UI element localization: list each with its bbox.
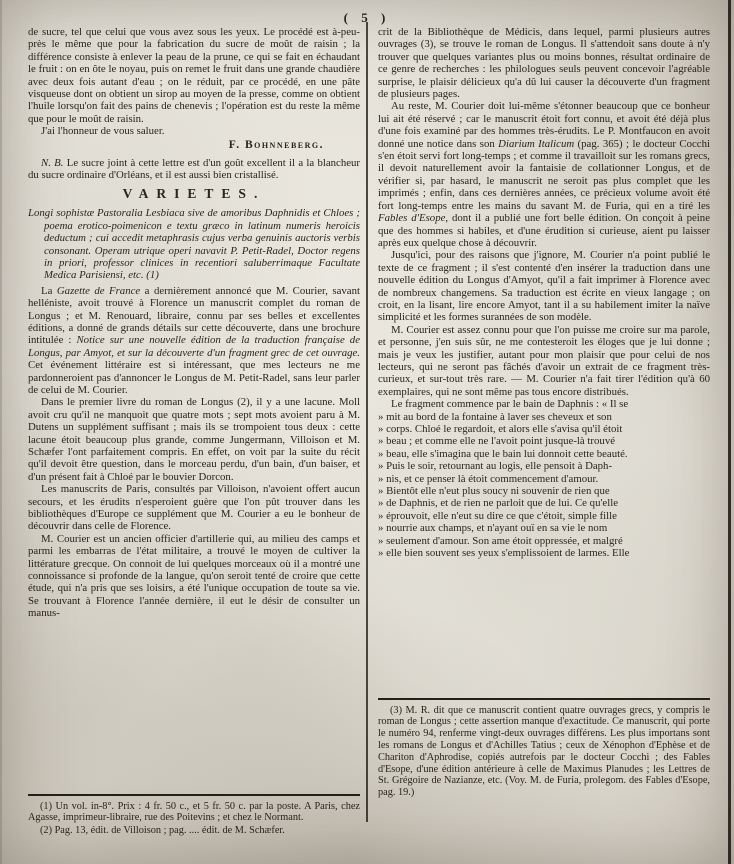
quote-line: » éprouvoit, elle n'eut su dire ce que c… <box>378 510 710 522</box>
footnote-1: (1) Un vol. in-8°. Prix : 4 fr. 50 c., e… <box>28 801 360 825</box>
quote-line: » nourrie aux champs, et n'ayant ouï en … <box>378 522 710 534</box>
quote-bain-de-daphnis: Le fragment commence par le bain de Daph… <box>378 398 710 559</box>
quote-line: » Bientôt elle n'eut plus soucy ni souve… <box>378 485 710 497</box>
paragraph-nota-bene: N. B. Le sucre joint à cette lettre est … <box>28 157 360 182</box>
paragraph-salutation: J'ai l'honneur de vous saluer. <box>28 125 360 137</box>
quote-line: » beau ; et comme elle ne l'avoit point … <box>378 435 710 447</box>
column-right: crit de la Bibliothèque de Médicis, dans… <box>378 26 710 800</box>
footnotes-left: (1) Un vol. in-8°. Prix : 4 fr. 50 c., e… <box>28 786 360 838</box>
column-left: de sucre, tel que celui que vous avez so… <box>28 26 360 838</box>
paragraph-sugar-process: de sucre, tel que celui que vous avez so… <box>28 26 360 125</box>
column-divider-rule <box>366 22 368 822</box>
paragraph-manuscrits-paris: Les manuscrits de Paris, consultés par V… <box>28 483 360 533</box>
footnote-2: (2) Pag. 13, édit. de Villoison ; pag. .… <box>28 825 360 837</box>
footnotes-right: (3) M. R. dit que ce manuscrit contient … <box>378 690 710 800</box>
paragraph-latin-title: Longi sophistæ Pastoralia Lesbiaca sive … <box>28 207 360 281</box>
quote-line: » seulement d'amour. Son ame étoit oppre… <box>378 535 710 547</box>
page-number: ( 5 ) <box>0 10 734 26</box>
footnote-separator-left <box>28 794 360 796</box>
footnote-separator-right <box>378 698 710 700</box>
quote-line: » nis, et ce penser là étoit commencemen… <box>378 473 710 485</box>
footnote-3: (3) M. R. dit que ce manuscrit contient … <box>378 705 710 799</box>
quote-line: » de Daphnis, et de rien ne parloit que … <box>378 497 710 509</box>
scanned-journal-page: ( 5 ) de sucre, tel que celui que vous a… <box>0 0 734 864</box>
quote-line: » corps. Chloé le regardoit, et alors el… <box>378 423 710 435</box>
right-edge-rule <box>728 0 731 864</box>
left-edge-shadow <box>0 0 2 864</box>
paragraph-au-reste: Au reste, M. Courier doit lui-même s'éto… <box>378 100 710 249</box>
varietes-heading: VARIETES. <box>28 188 360 200</box>
paragraph-lacune: Dans le premier livre du roman de Longus… <box>28 396 360 483</box>
paragraph-jusquici: Jusqu'ici, pour des raisons que j'ignore… <box>378 249 710 323</box>
paragraph-gazette-announcement: La Gazette de France a dernièrement anno… <box>28 285 360 397</box>
quote-line: » mit au bord de la fontaine à laver ses… <box>378 411 710 423</box>
paragraph-eloges: M. Courier est assez connu pour que l'on… <box>378 324 710 398</box>
paragraph-courier-officier: M. Courier est un ancien officier d'arti… <box>28 533 360 620</box>
quote-line: » Puis le soir, retournant au logis, ell… <box>378 460 710 472</box>
quote-line: » elle bien souvent ses yeux s'emplissoi… <box>378 547 710 559</box>
paragraph-bibliotheque-medicis: crit de la Bibliothèque de Médicis, dans… <box>378 26 710 100</box>
quote-line: » beau, elle s'imagina que le bain lui d… <box>378 448 710 460</box>
signature-bohnneberg: F. Bohnneberg. <box>28 139 324 151</box>
quote-line: Le fragment commence par le bain de Daph… <box>378 398 710 410</box>
